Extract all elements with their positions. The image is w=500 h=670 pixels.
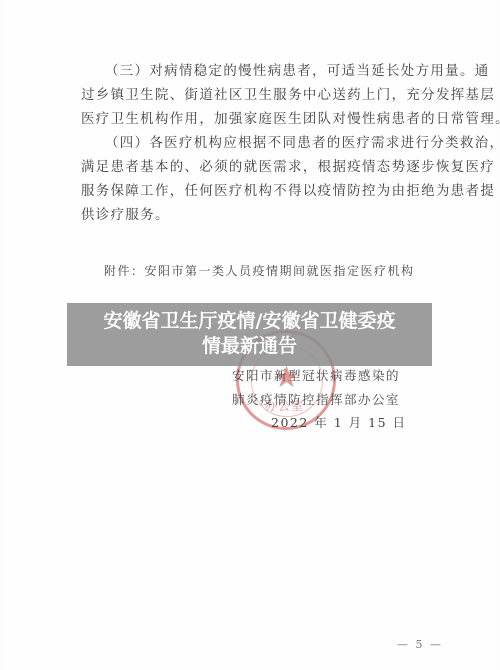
paragraph-3-line-2: 过乡镇卫生院、街道社区卫生服务中心送药上门，充分发挥基层: [81, 84, 495, 103]
signature-line-1: 安阳市新型冠状病毒感染的: [232, 366, 400, 384]
page-number: — 5 —: [397, 638, 443, 651]
paragraph-3-line-1: （三）对病情稳定的慢性病患者，可适当延长处方用量。通: [105, 60, 490, 79]
signature-date: 2022 年 1 月 15 日: [271, 413, 407, 431]
paragraph-4-line-4: 供诊疗服务。: [81, 204, 170, 223]
signature-line-2: 肺炎疫情防控指挥部办公室: [232, 390, 400, 408]
paragraph-4-line-1: （四）各医疗机构应根据不同患者的医疗需求进行分类救治，: [105, 132, 500, 151]
overlay-title-line-1: 安徽省卫生厅疫情/安徽省卫健委疫: [67, 309, 432, 334]
overlay-title-line-2: 情最新通告: [67, 334, 432, 359]
attachment-note: 附件：安阳市第一类人员疫情期间就医指定医疗机构: [104, 262, 415, 279]
paragraph-4-line-2: 满足患者基本的、必须的就医需求，根据疫情态势逐步恢复医疗: [81, 156, 495, 175]
paragraph-3-line-3: 医疗卫生机构作用，加强家庭医生团队对慢性病患者的日常管理。: [81, 108, 500, 127]
title-overlay-banner: 安徽省卫生厅疫情/安徽省卫健委疫 情最新通告: [67, 303, 432, 366]
paragraph-4-line-3: 服务保障工作，任何医疗机构不得以疫情防控为由拒绝为患者提: [81, 180, 495, 199]
